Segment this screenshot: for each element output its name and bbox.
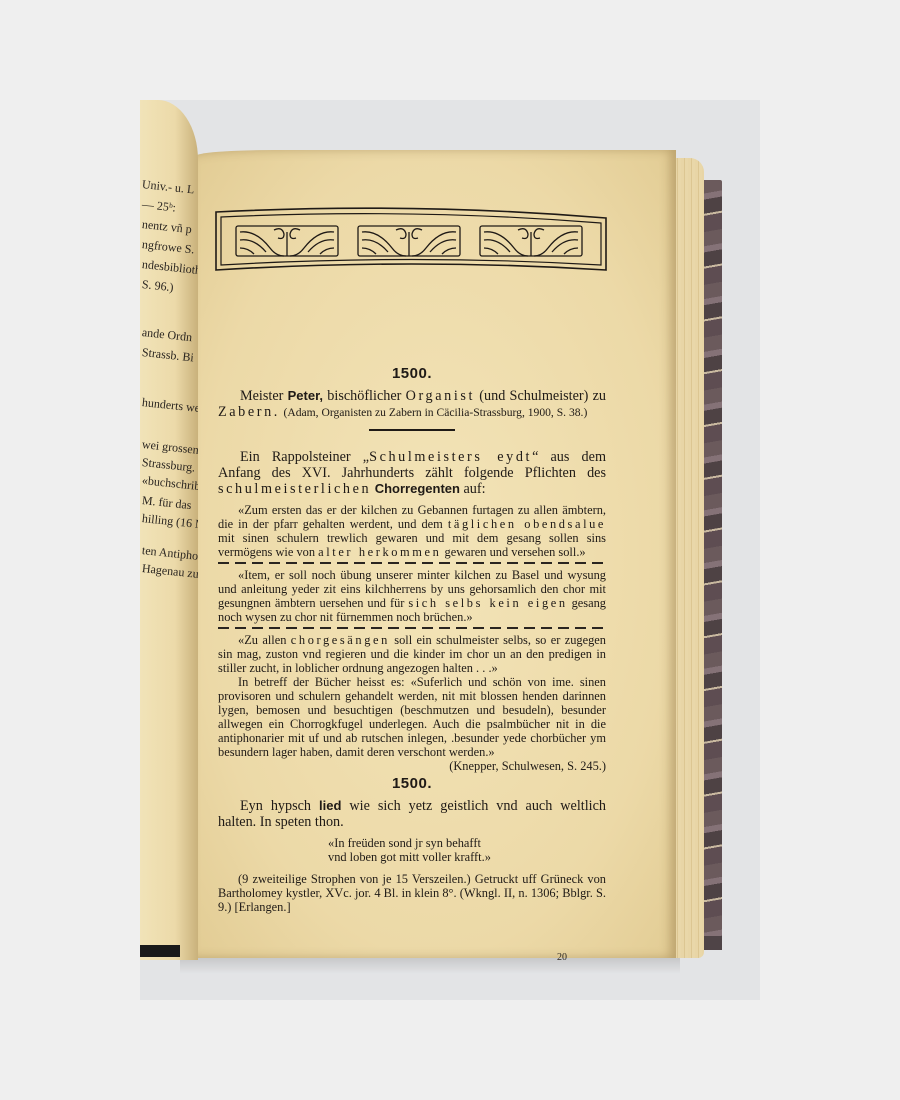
- text: auf:: [460, 481, 486, 497]
- left-page-text-fragment: ten Antiphon: [141, 544, 198, 563]
- spaced-text: chorgesängen: [291, 633, 390, 647]
- text: bischöflicher: [323, 388, 406, 404]
- left-page-text-fragment: S. 96.): [141, 278, 174, 294]
- text: Eyn hypsch: [240, 798, 319, 814]
- books-paragraph: In betreff der Bücher heisst es: «Suferl…: [218, 675, 606, 759]
- left-page-text-fragment: Hagenau zu X: [141, 562, 198, 582]
- verse-line: vnd loben got mitt voller krafft.»: [328, 850, 606, 864]
- bibliographic-note: (9 zweiteilige Strophen von je 15 Versze…: [218, 872, 606, 914]
- page-number: 20: [557, 952, 567, 963]
- entry-year: 1500.: [218, 365, 606, 382]
- left-page-text-fragment: M. für das: [141, 494, 192, 512]
- text: Meister: [240, 388, 288, 404]
- left-page-text-fragment: ande Ordn: [141, 326, 192, 344]
- quote-2: «Item, er soll noch übung unserer minter…: [218, 568, 606, 624]
- text: In betreff der Bücher heisst es: «Suferl…: [218, 675, 606, 759]
- entry-schulmeister: Ein Rappolsteiner „Schulmeisters eydt“ a…: [218, 449, 606, 497]
- entry-year: 1500.: [218, 775, 606, 792]
- text: (und Schulmeister) zu: [475, 388, 606, 404]
- left-page-text-fragment: Strassb. Bi: [141, 346, 194, 364]
- bold-text: lied: [319, 798, 341, 813]
- section-rule: [369, 429, 455, 431]
- binding-strip: [140, 945, 180, 957]
- text: gewaren und versehen soll.»: [441, 545, 585, 559]
- page-content: 1500. Meister Peter, bischöflicher Organ…: [218, 275, 606, 914]
- spaced-text: Organist: [406, 388, 475, 404]
- left-page-text-fragment: hunderts we: [141, 396, 198, 415]
- citation: (Adam, Organisten zu Zabern in Cäcilia-S…: [283, 406, 587, 419]
- text: Ein Rappolsteiner „: [240, 449, 369, 465]
- book-photo: Univ.- u. L— 25ᵇ:nentz vñ pngfrowe S.nde…: [140, 100, 760, 1000]
- left-page-text-fragment: Strassburg.: [141, 456, 196, 475]
- entry-lied: Eyn hypsch lied wie sich yetz geistlich …: [218, 798, 606, 830]
- dashed-divider: [218, 627, 606, 629]
- page-shadow: [180, 958, 680, 974]
- bold-text: Chorregenten: [375, 481, 460, 496]
- entry-peter: Meister Peter, bischöflicher Organist (u…: [218, 388, 606, 421]
- spaced-text: schulmeisterlichen: [218, 481, 371, 497]
- left-page-text-fragment: ngfrowe S.: [141, 238, 195, 256]
- spaced-text: alter herkommen: [318, 545, 441, 559]
- spaced-text: Zabern.: [218, 404, 280, 420]
- text: «Zu allen: [238, 633, 291, 647]
- quote-3: «Zu allen chorgesängen soll ein schulmei…: [218, 633, 606, 675]
- dashed-divider: [218, 562, 606, 564]
- spaced-text: sich selbs kein eigen: [408, 596, 567, 610]
- spaced-text: Schulmeisters eydt: [369, 449, 532, 465]
- left-page-curl: Univ.- u. L— 25ᵇ:nentz vñ pngfrowe S.nde…: [140, 100, 198, 960]
- left-page-text-fragment: hilling (16 M.: [141, 512, 198, 532]
- left-page-text-fragment: Univ.- u. L: [141, 178, 195, 196]
- left-page-text-fragment: ndesbibliothek: [141, 258, 198, 278]
- spaced-text: täglichen obendsalue: [448, 517, 606, 531]
- verse-quote: «In freüden sond jr syn behafft vnd lobe…: [328, 836, 606, 864]
- verse-line: «In freüden sond jr syn behafft: [328, 836, 606, 850]
- ornament-frieze: [212, 204, 610, 276]
- left-page-text-fragment: — 25ᵇ:: [141, 198, 176, 214]
- citation: (Knepper, Schulwesen, S. 245.): [429, 759, 606, 773]
- left-page-text-fragment: «buchschrib: [141, 474, 198, 493]
- quote-1: «Zum ersten das er der kilchen zu Gebann…: [218, 503, 606, 559]
- left-page-text-fragment: nentz vñ p: [141, 218, 192, 236]
- name-bold: Peter,: [288, 388, 323, 403]
